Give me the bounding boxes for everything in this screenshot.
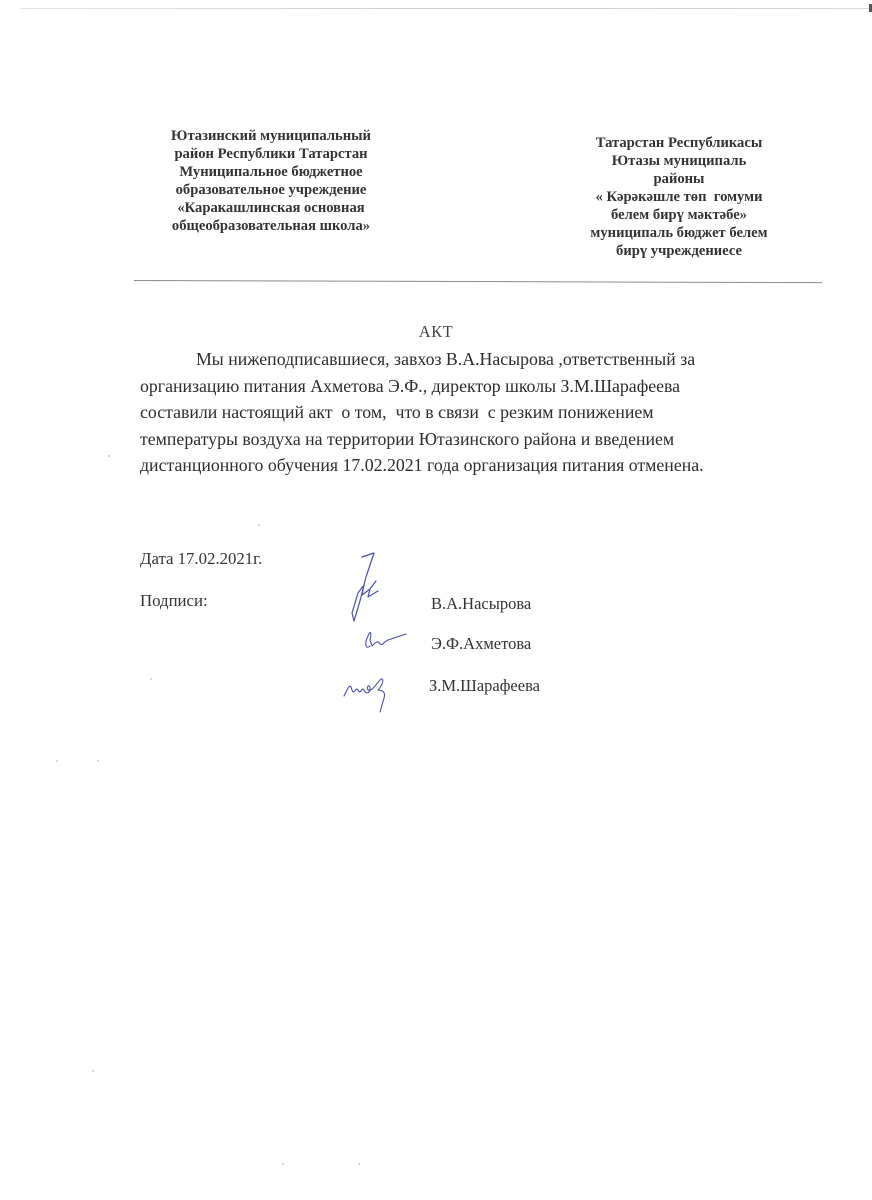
- body-line: Мы нижеподписавшиеся, завхоз В.А.Насыров…: [140, 346, 790, 373]
- header-right-line: Татарстан Республикасы: [562, 134, 796, 152]
- header-left-line: район Республики Татарстан: [140, 145, 402, 163]
- scan-speck: [56, 760, 58, 762]
- body-line: составили настоящий акт о том, что в свя…: [140, 399, 790, 426]
- scan-speck: [150, 678, 152, 680]
- scan-speck: [92, 1070, 94, 1072]
- scan-speck: [108, 455, 110, 457]
- header-right-line: бирү учреждениесе: [562, 242, 796, 260]
- signer-name-3: З.М.Шарафеева: [429, 676, 540, 696]
- scan-speck: [258, 524, 260, 526]
- header-right-line: районы: [562, 170, 796, 188]
- scan-speck: [97, 760, 99, 762]
- signatures-label: Подписи:: [140, 591, 208, 611]
- signer-name-1: В.А.Насырова: [431, 594, 531, 614]
- signature-2: [360, 624, 415, 654]
- header-right-line: белем бирү мәктәбе»: [562, 206, 796, 224]
- header-right-line: муниципаль бюджет белем: [562, 224, 796, 242]
- header-left-line: «Каракашлинская основная: [140, 199, 402, 217]
- scan-edge-line: [20, 8, 870, 9]
- header-left-line: Ютазинский муниципальный: [140, 127, 402, 145]
- body-line: дистанционного обучения 17.02.2021 года …: [140, 452, 790, 479]
- scan-speck: [358, 1163, 360, 1165]
- header-left-line: Муниципальное бюджетное: [140, 163, 402, 181]
- body-line: организацию питания Ахметова Э.Ф., дирек…: [140, 373, 790, 400]
- header-left-line: образовательное учреждение: [140, 181, 402, 199]
- scan-speck: [282, 1163, 284, 1165]
- header-right-line: Ютазы муниципаль: [562, 152, 796, 170]
- document-body: Мы нижеподписавшиеся, завхоз В.А.Насыров…: [140, 346, 790, 479]
- header-divider: [134, 280, 822, 283]
- signature-3: [340, 668, 405, 718]
- document-title: АКТ: [0, 322, 872, 342]
- body-line: температуры воздуха на территории Ютазин…: [140, 426, 790, 453]
- header-org-russian: Ютазинский муниципальный район Республик…: [140, 127, 402, 235]
- header-right-line: « Кәрәкәшле төп гомуми: [562, 188, 796, 206]
- signer-name-2: Э.Ф.Ахметова: [431, 634, 531, 654]
- header-left-line: общеобразовательная школа»: [140, 217, 402, 235]
- document-date: Дата 17.02.2021г.: [140, 549, 262, 569]
- header-org-tatar: Татарстан Республикасы Ютазы муниципаль …: [562, 134, 796, 260]
- signature-1: [340, 551, 400, 626]
